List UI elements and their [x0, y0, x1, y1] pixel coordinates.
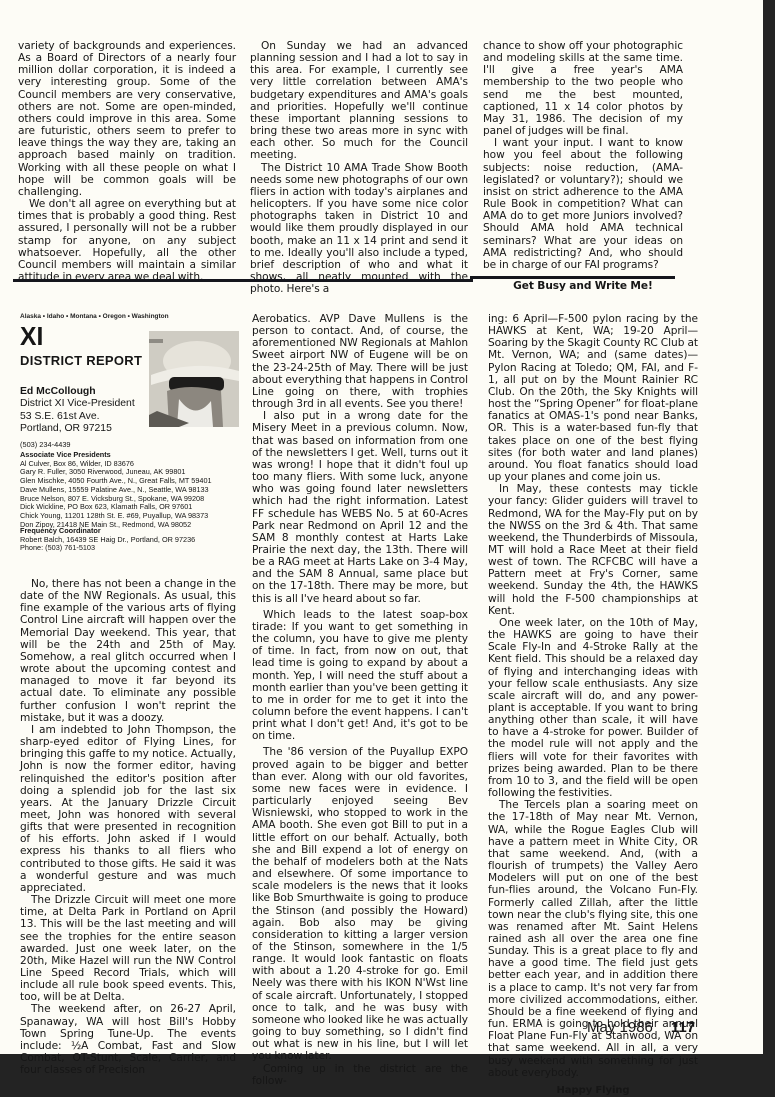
section-divider	[13, 279, 473, 282]
district-number: XI	[20, 323, 43, 349]
paragraph: I am indebted to John Thompson, the shar…	[20, 724, 236, 894]
district-states: Alaska • Idaho • Montana • Oregon • Wash…	[20, 313, 169, 320]
paragraph: In May, these contests may tickle your f…	[488, 483, 698, 617]
top-column-1: variety of backgrounds and experiences. …	[18, 40, 236, 283]
vp-address-line-2: Portland, OR 97215	[20, 423, 135, 435]
vp-address-line-1: 53 S.E. 61st Ave.	[20, 411, 135, 423]
portrait-image-icon	[149, 331, 239, 427]
paragraph: No, there has not been a change in the d…	[20, 578, 236, 724]
paragraph: Which leads to the latest soap-box tirad…	[252, 609, 468, 743]
paragraph: I also put in a wrong date for the Miser…	[252, 410, 468, 605]
paragraph: chance to show off your photographic and…	[483, 40, 683, 137]
paragraph: variety of backgrounds and experiences. …	[18, 40, 236, 198]
page-footer: May 1986117	[587, 1019, 695, 1036]
paragraph: The District 10 AMA Trade Show Booth nee…	[250, 162, 468, 296]
vp-title: District XI Vice-President	[20, 398, 135, 410]
paragraph: We don't all agree on everything but at …	[18, 198, 236, 283]
freq-phone: Phone: (503) 761-5103	[20, 544, 195, 553]
top-column-3: chance to show off your photographic and…	[483, 40, 683, 292]
paragraph: The '86 version of the Puyallup EXPO pro…	[252, 746, 468, 1054]
top-column-2: On Sunday we had an advanced planning se…	[250, 40, 468, 295]
signoff: Get Busy and Write Me!	[483, 280, 683, 292]
paragraph: The weekend after, on 26-27 April, Spana…	[20, 1003, 236, 1054]
section-title: DISTRICT REPORT	[20, 353, 142, 368]
paragraph: On Sunday we had an advanced planning se…	[250, 40, 468, 162]
magazine-page: variety of backgrounds and experiences. …	[0, 0, 763, 1054]
page-number: 117	[671, 1019, 695, 1036]
report-column-3: ing: 6 April—F-500 pylon racing by the H…	[488, 313, 698, 1054]
paragraph: One week later, on the 10th of May, the …	[488, 617, 698, 799]
paragraph: The Tercels plan a soaring meet on the 1…	[488, 799, 698, 1054]
paragraph: Aerobatics. AVP Dave Mullens is the pers…	[252, 313, 468, 410]
paragraph: I want your input. I want to know how yo…	[483, 137, 683, 271]
paragraph: The Drizzle Circuit will meet one more t…	[20, 894, 236, 1003]
frequency-coordinator: Frequency Coordinator Robert Balch, 1643…	[20, 527, 195, 553]
portrait-photo	[149, 331, 239, 427]
vice-president-contact: Ed McCollough District XI Vice-President…	[20, 386, 135, 451]
scan-edge	[763, 0, 775, 1054]
section-divider	[470, 276, 675, 279]
report-column-2: Aerobatics. AVP Dave Mullens is the pers…	[252, 313, 468, 1054]
paragraph: ing: 6 April—F-500 pylon racing by the H…	[488, 313, 698, 483]
issue-date: May 1986	[587, 1019, 653, 1036]
report-column-1: No, there has not been a change in the d…	[20, 578, 236, 1054]
vp-name: Ed McCollough	[20, 386, 135, 398]
associate-vice-presidents: Associate Vice Presidents Al Culver, Box…	[20, 451, 212, 529]
